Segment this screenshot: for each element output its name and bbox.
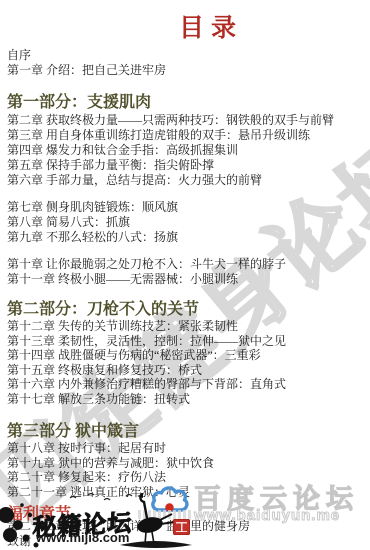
toc-entry: 第二章 获取终极力量——只需两种技巧：钢铁般的双手与前臂 bbox=[7, 113, 334, 128]
toc-entry: 第十四章 战胜僵硬与伤病的“秘密武器”：三重彩 bbox=[7, 348, 286, 363]
toc-entry: 第十五章 终极康复和修复技巧：桥式 bbox=[7, 363, 286, 378]
toc-entry: 第五章 保持手部力量平衡：指尖俯卧撑 bbox=[7, 158, 334, 173]
toc-entry: 第九章 不那么轻松的八式：扬旗 bbox=[7, 230, 178, 245]
toc-entry: 第十章 让你最脆弱之处刀枪不入：斗牛犬一样的脖子 bbox=[7, 257, 286, 272]
part-1-heading: 第一部分：支援肌肉 bbox=[7, 89, 151, 112]
toc-entry: 第一章 介绍：把自己关进牢房 bbox=[7, 63, 166, 78]
baiduyun-watermark-url: www.baiduyun.me bbox=[194, 507, 340, 524]
front-matter: 自序 第一章 介绍：把自己关进牢房 bbox=[7, 48, 166, 78]
toc-entry: 第十二章 失传的关节训练技艺：紧张柔韧性 bbox=[7, 319, 286, 334]
red-seal-stamp bbox=[173, 519, 190, 535]
toc-entry: 第八章 简易八式：抓旗 bbox=[7, 215, 178, 230]
toc-entry: 第三章 用自身体重训练打造虎钳般的双手：悬吊升级训练 bbox=[7, 128, 334, 143]
page-title: 目录 bbox=[0, 8, 370, 44]
toc-entry: 第七章 侧身肌肉链锻炼：顺风旗 bbox=[7, 200, 178, 215]
toc-entry: 第十八章 按时行事：起居有时 bbox=[7, 441, 214, 456]
toc-entry: 自序 bbox=[7, 48, 166, 63]
toc-entry: 第十六章 内外兼修治疗糟糕的臀部与下背部：直角式 bbox=[7, 377, 286, 392]
miji-watermark: 秘籍论坛 www.miji8.com bbox=[0, 493, 210, 550]
toc-entry: 第六章 手部力量，总结与提高：火力强大的前臂 bbox=[7, 173, 334, 188]
toc-page: 囚徒健身论坛 目录 自序 第一章 介绍：把自己关进牢房 第一部分：支援肌肉 第二… bbox=[0, 0, 370, 550]
toc-entry: 第十三章 柔韧性，灵活性，控制：拉伸——狱中之见 bbox=[7, 334, 286, 349]
part-2-heading: 第二部分：刀枪不入的关节 bbox=[7, 296, 199, 319]
part-3-heading: 第三部分 狱中箴言 bbox=[7, 418, 139, 441]
miji-watermark-url: www.miji8.com bbox=[36, 530, 129, 545]
part-1-group-3: 第十章 让你最脆弱之处刀枪不入：斗牛犬一样的脖子 第十一章 终极小腿——无需器械… bbox=[7, 257, 286, 287]
toc-entry: 第十九章 狱中的营养与减肥：狱中饮食 bbox=[7, 456, 214, 471]
part-2-group-1: 第十二章 失传的关节训练技艺：紧张柔韧性 第十三章 柔韧性，灵活性，控制：拉伸—… bbox=[7, 319, 286, 407]
toc-entry: 第四章 爆发力和钛合金手指：高级抓握集训 bbox=[7, 143, 334, 158]
toc-entry: 第十七章 解放三条功能链：扭转式 bbox=[7, 392, 286, 407]
part-1-group-1: 第二章 获取终极力量——只需两种技巧：钢铁般的双手与前臂 第三章 用自身体重训练… bbox=[7, 113, 334, 188]
toc-entry: 第十一章 终极小腿——无需器械：小腿训练 bbox=[7, 272, 286, 287]
part-1-group-2: 第七章 侧身肌肉链锻炼：顺风旗 第八章 简易八式：抓旗 第九章 不那么轻松的八式… bbox=[7, 200, 178, 245]
